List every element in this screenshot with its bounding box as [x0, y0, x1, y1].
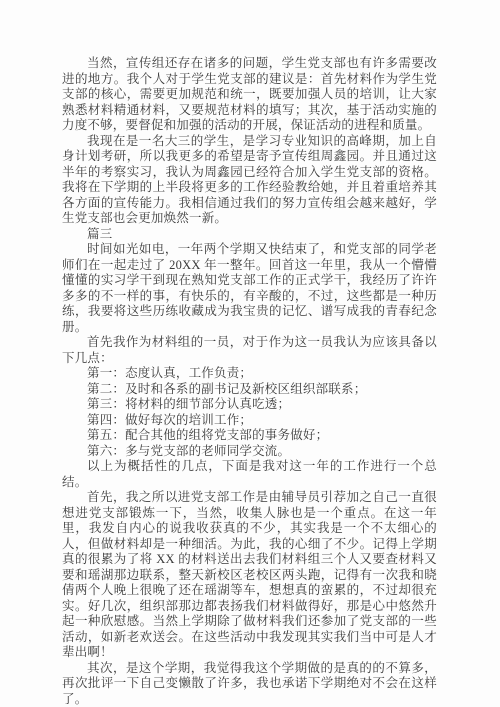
paragraph: 第一：态度认真，工作负责；: [62, 366, 437, 382]
paragraph: 其次，是这个学期，我觉得我这个学期做的是真的的不算多，再次批评一下自己变懒散了许…: [62, 661, 437, 707]
paragraph: 首先，我之所以进党支部工作是由辅导员引荐加之自己一直很想进党支部锻炼一下，当然，…: [62, 490, 437, 661]
document-text-block: 当然，宣传组还存在诸多的问题，学生党支部也有许多需要改进的地方。我个人对于学生党…: [62, 56, 437, 707]
paragraph: 第五：配合其他的组将党支部的事务做好；: [62, 428, 437, 444]
paragraph: 篇三: [62, 227, 437, 243]
paragraph: 第四：做好每次的培训工作；: [62, 413, 437, 429]
paragraph: 第三：将材料的细节部分认真吃透；: [62, 397, 437, 413]
paragraph: 以上为概括性的几点，下面是我对这一年的工作进行一个总结。: [62, 459, 437, 490]
paragraph: 第二：及时和各系的副书记及新校区组织部联系；: [62, 382, 437, 398]
paragraph: 第六：多与党支部的老师同学交流。: [62, 444, 437, 460]
paragraph: 首先我作为材料组的一员，对于作为这一员我认为应该具备以下几点：: [62, 335, 437, 366]
document-page: 当然，宣传组还存在诸多的问题，学生党支部也有许多需要改进的地方。我个人对于学生党…: [0, 0, 500, 707]
paragraph: 我现在是一名大三的学生，是学习专业知识的高峰期，加上自身计划考研，所以我更多的希…: [62, 134, 437, 227]
paragraph: 当然，宣传组还存在诸多的问题，学生党支部也有许多需要改进的地方。我个人对于学生党…: [62, 56, 437, 134]
paragraph: 时间如光如电，一年两个学期又快结束了，和党支部的同学老师们在一起走过了 20XX…: [62, 242, 437, 335]
